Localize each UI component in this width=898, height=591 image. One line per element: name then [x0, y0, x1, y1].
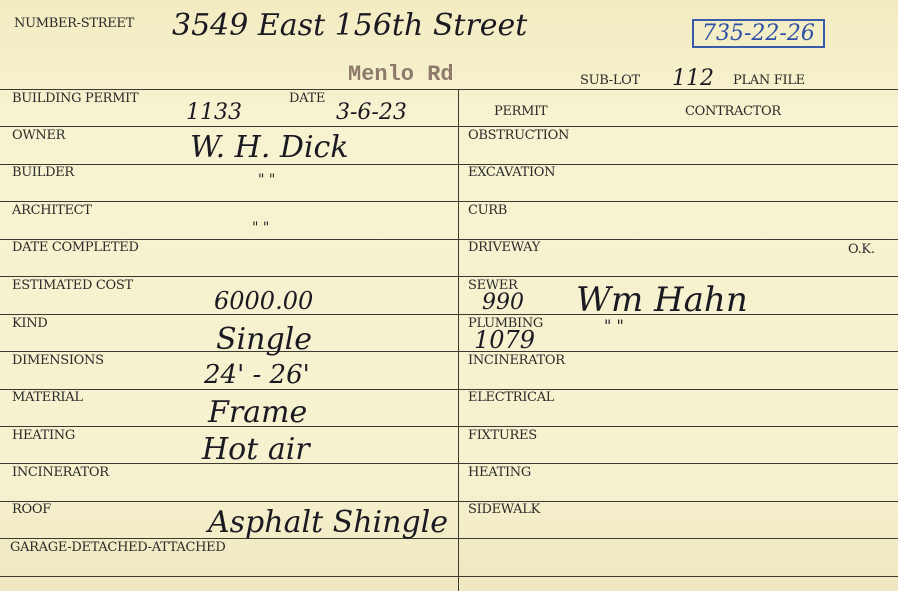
sewer-value: 990 — [482, 290, 524, 315]
divider — [0, 201, 898, 202]
date-label: DATE — [289, 91, 325, 106]
contractor-header: CONTRACTOR — [685, 104, 781, 119]
estimated-cost-value: 6000.00 — [214, 287, 313, 315]
divider — [0, 351, 898, 352]
date-value: 3-6-23 — [336, 100, 407, 125]
driveway-label: DRIVEWAY — [468, 240, 540, 255]
date-completed-label: DATE COMPLETED — [12, 240, 139, 255]
divider — [0, 426, 898, 427]
stamped-street: Menlo Rd — [348, 62, 454, 87]
divider — [0, 538, 898, 539]
divider — [0, 126, 898, 127]
garage-label: GARAGE-DETACHED-ATTACHED — [10, 540, 225, 555]
roof-label: ROOF — [12, 502, 51, 517]
obstruction-label: OBSTRUCTION — [468, 128, 569, 143]
dimensions-label: DIMENSIONS — [12, 353, 104, 368]
number-street-label: NUMBER-STREET — [14, 16, 134, 31]
architect-value: " " — [252, 220, 269, 236]
heating-value: Hot air — [202, 432, 310, 467]
dimensions-value: 24' - 26' — [204, 360, 310, 390]
builder-label: BUILDER — [12, 165, 74, 180]
file-number-box: 735-22-26 — [692, 19, 825, 48]
sub-lot-value: 112 — [672, 66, 714, 91]
plumbing-contractor: " " — [604, 316, 624, 335]
heating-permit-label: HEATING — [468, 465, 531, 480]
incinerator-permit-label: INCINERATOR — [468, 353, 565, 368]
kind-label: KIND — [12, 316, 47, 331]
sub-lot-label: SUB-LOT — [580, 73, 640, 88]
building-permit-label: BUILDING PERMIT — [12, 91, 138, 106]
permit-card: NUMBER-STREET 3549 East 156th Street 735… — [0, 0, 898, 591]
sidewalk-label: SIDEWALK — [468, 502, 540, 517]
divider — [0, 576, 898, 577]
permit-header: PERMIT — [494, 104, 547, 119]
owner-label: OWNER — [12, 128, 65, 143]
divider — [0, 276, 898, 277]
column-divider — [458, 89, 459, 591]
material-value: Frame — [208, 395, 307, 430]
heating-label: HEATING — [12, 428, 75, 443]
electrical-label: ELECTRICAL — [468, 390, 554, 405]
divider — [0, 501, 898, 502]
roof-value: Asphalt Shingle — [208, 505, 448, 540]
divider — [0, 314, 898, 315]
estimated-cost-label: ESTIMATED COST — [12, 278, 133, 293]
plan-file-label: PLAN FILE — [733, 73, 805, 88]
divider — [0, 389, 898, 390]
curb-label: CURB — [468, 203, 507, 218]
number-street-value: 3549 East 156th Street — [172, 8, 527, 43]
plumbing-value: 1079 — [474, 326, 535, 354]
sewer-contractor: Wm Hahn — [576, 280, 748, 320]
incinerator-label: INCINERATOR — [12, 465, 109, 480]
divider — [0, 164, 898, 165]
kind-value: Single — [216, 322, 312, 357]
material-label: MATERIAL — [12, 390, 83, 405]
fixtures-label: FIXTURES — [468, 428, 537, 443]
building-permit-value: 1133 — [186, 100, 242, 125]
architect-label: ARCHITECT — [12, 203, 92, 218]
driveway-contractor: O.K. — [848, 242, 875, 257]
excavation-label: EXCAVATION — [468, 165, 555, 180]
builder-value: " " — [258, 172, 275, 188]
divider — [0, 463, 898, 464]
divider — [0, 89, 898, 90]
owner-value: W. H. Dick — [190, 130, 349, 165]
